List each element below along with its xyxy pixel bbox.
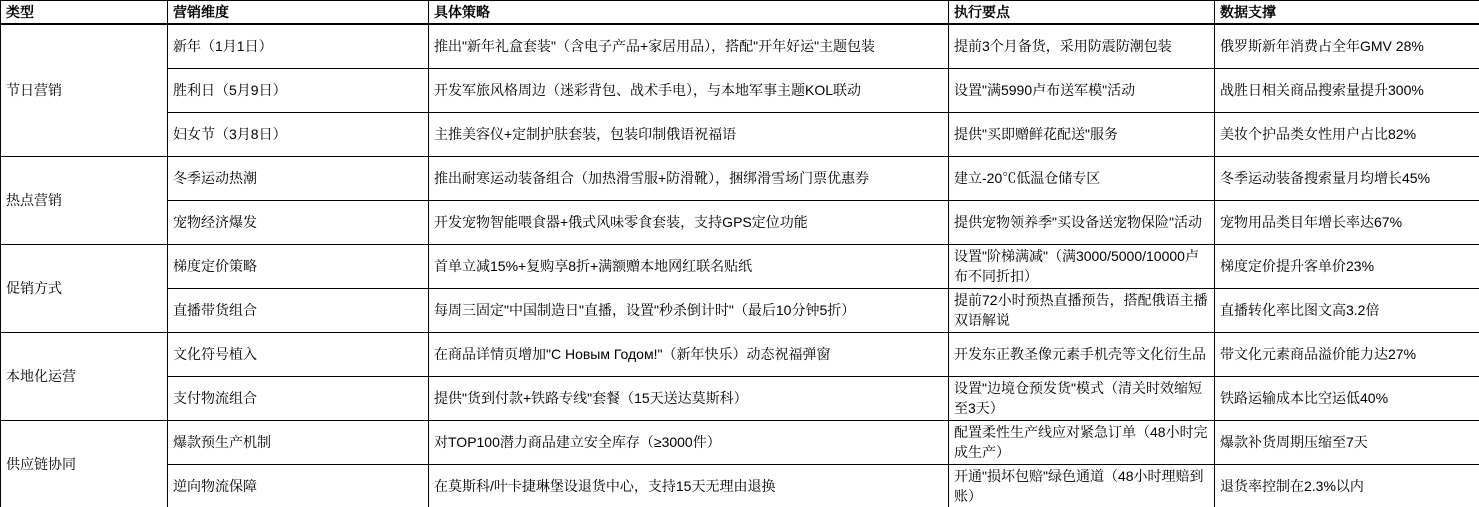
strategy-cell: 在商品详情页增加"С Новым Годом!"（新年快乐）动态祝福弹窗 — [429, 332, 949, 376]
table-row: 支付物流组合 提供"货到付款+铁路专线"套餐（15天送达莫斯科） 设置"边境仓预… — [1, 376, 1479, 420]
support-cell: 直播转化率比图文高3.2倍 — [1215, 288, 1479, 332]
dimension-cell: 宠物经济爆发 — [168, 200, 429, 244]
strategy-cell: 每周三固定"中国制造日"直播，设置"秒杀倒计时"（最后10分钟5折） — [429, 288, 949, 332]
execution-cell: 配置柔性生产线应对紧急订单（48小时完成生产） — [949, 420, 1215, 464]
strategy-cell: 首单立减15%+复购享8折+满额赠本地网红联名贴纸 — [429, 244, 949, 288]
support-cell: 爆款补货周期压缩至7天 — [1215, 420, 1479, 464]
column-header-support: 数据支撑 — [1215, 1, 1479, 25]
execution-cell: 开发东正教圣像元素手机壳等文化衍生品 — [949, 332, 1215, 376]
strategy-cell: 提供"货到付款+铁路专线"套餐（15天送达莫斯科） — [429, 376, 949, 420]
execution-cell: 建立-20℃低温仓储专区 — [949, 156, 1215, 200]
dimension-cell: 冬季运动热潮 — [168, 156, 429, 200]
column-header-execution: 执行要点 — [949, 1, 1215, 25]
execution-cell: 设置"阶梯满减"（满3000/5000/10000卢布不同折扣） — [949, 244, 1215, 288]
support-cell: 战胜日相关商品搜索量提升300% — [1215, 68, 1479, 112]
table-row: 供应链协同 爆款预生产机制 对TOP100潜力商品建立安全库存（≥3000件） … — [1, 420, 1479, 464]
dimension-cell: 文化符号植入 — [168, 332, 429, 376]
table-row: 促销方式 梯度定价策略 首单立减15%+复购享8折+满额赠本地网红联名贴纸 设置… — [1, 244, 1479, 288]
dimension-cell: 直播带货组合 — [168, 288, 429, 332]
type-group-cell: 促销方式 — [1, 244, 168, 332]
support-cell: 梯度定价提升客单价23% — [1215, 244, 1479, 288]
support-cell: 俄罗斯新年消费占全年GMV 28% — [1215, 24, 1479, 68]
marketing-strategy-table: 类型 营销维度 具体策略 执行要点 数据支撑 节日营销 新年（1月1日） 推出"… — [0, 0, 1479, 507]
table-row: 胜利日（5月9日） 开发军旅风格周边（迷彩背包、战术手电），与本地军事主题KOL… — [1, 68, 1479, 112]
support-cell: 铁路运输成本比空运低40% — [1215, 376, 1479, 420]
execution-cell: 开通"损坏包赔"绿色通道（48小时理赔到账） — [949, 464, 1215, 507]
column-header-dimension: 营销维度 — [168, 1, 429, 25]
dimension-cell: 逆向物流保障 — [168, 464, 429, 507]
dimension-cell: 梯度定价策略 — [168, 244, 429, 288]
type-group-cell: 节日营销 — [1, 24, 168, 156]
strategy-cell: 对TOP100潜力商品建立安全库存（≥3000件） — [429, 420, 949, 464]
table-row: 直播带货组合 每周三固定"中国制造日"直播，设置"秒杀倒计时"（最后10分钟5折… — [1, 288, 1479, 332]
support-cell: 美妆个护品类女性用户占比82% — [1215, 112, 1479, 156]
support-cell: 带文化元素商品溢价能力达27% — [1215, 332, 1479, 376]
support-cell: 宠物用品类目年增长率达67% — [1215, 200, 1479, 244]
dimension-cell: 新年（1月1日） — [168, 24, 429, 68]
strategy-cell: 开发宠物智能喂食器+俄式风味零食套装，支持GPS定位功能 — [429, 200, 949, 244]
type-group-cell: 供应链协同 — [1, 420, 168, 507]
table-row: 逆向物流保障 在莫斯科/叶卡捷琳堡设退货中心，支持15天无理由退换 开通"损坏包… — [1, 464, 1479, 507]
execution-cell: 提供"买即赠鲜花配送"服务 — [949, 112, 1215, 156]
document-page: 类型 营销维度 具体策略 执行要点 数据支撑 节日营销 新年（1月1日） 推出"… — [0, 0, 1479, 507]
table-row: 节日营销 新年（1月1日） 推出"新年礼盒套装"（含电子产品+家居用品），搭配"… — [1, 24, 1479, 68]
type-group-cell: 本地化运营 — [1, 332, 168, 420]
support-cell: 退货率控制在2.3%以内 — [1215, 464, 1479, 507]
strategy-cell: 主推美容仪+定制护肤套装，包装印制俄语祝福语 — [429, 112, 949, 156]
column-header-type: 类型 — [1, 1, 168, 25]
type-group-cell: 热点营销 — [1, 156, 168, 244]
execution-cell: 设置"满5990卢布送军模"活动 — [949, 68, 1215, 112]
strategy-cell: 推出"新年礼盒套装"（含电子产品+家居用品），搭配"开年好运"主题包装 — [429, 24, 949, 68]
column-header-strategy: 具体策略 — [429, 1, 949, 25]
execution-cell: 提前72小时预热直播预告，搭配俄语主播双语解说 — [949, 288, 1215, 332]
strategy-cell: 推出耐寒运动装备组合（加热滑雪服+防滑靴），捆绑滑雪场门票优惠券 — [429, 156, 949, 200]
dimension-cell: 妇女节（3月8日） — [168, 112, 429, 156]
table-row: 热点营销 冬季运动热潮 推出耐寒运动装备组合（加热滑雪服+防滑靴），捆绑滑雪场门… — [1, 156, 1479, 200]
dimension-cell: 胜利日（5月9日） — [168, 68, 429, 112]
execution-cell: 提前3个月备货，采用防震防潮包装 — [949, 24, 1215, 68]
execution-cell: 设置"边境仓预发货"模式（清关时效缩短至3天） — [949, 376, 1215, 420]
strategy-cell: 开发军旅风格周边（迷彩背包、战术手电），与本地军事主题KOL联动 — [429, 68, 949, 112]
execution-cell: 提供宠物领养季"买设备送宠物保险"活动 — [949, 200, 1215, 244]
table-row: 宠物经济爆发 开发宠物智能喂食器+俄式风味零食套装，支持GPS定位功能 提供宠物… — [1, 200, 1479, 244]
support-cell: 冬季运动装备搜索量月均增长45% — [1215, 156, 1479, 200]
table-row: 本地化运营 文化符号植入 在商品详情页增加"С Новым Годом!"（新年… — [1, 332, 1479, 376]
dimension-cell: 支付物流组合 — [168, 376, 429, 420]
table-row: 妇女节（3月8日） 主推美容仪+定制护肤套装，包装印制俄语祝福语 提供"买即赠鲜… — [1, 112, 1479, 156]
dimension-cell: 爆款预生产机制 — [168, 420, 429, 464]
strategy-cell: 在莫斯科/叶卡捷琳堡设退货中心，支持15天无理由退换 — [429, 464, 949, 507]
header-row: 类型 营销维度 具体策略 执行要点 数据支撑 — [1, 1, 1479, 25]
